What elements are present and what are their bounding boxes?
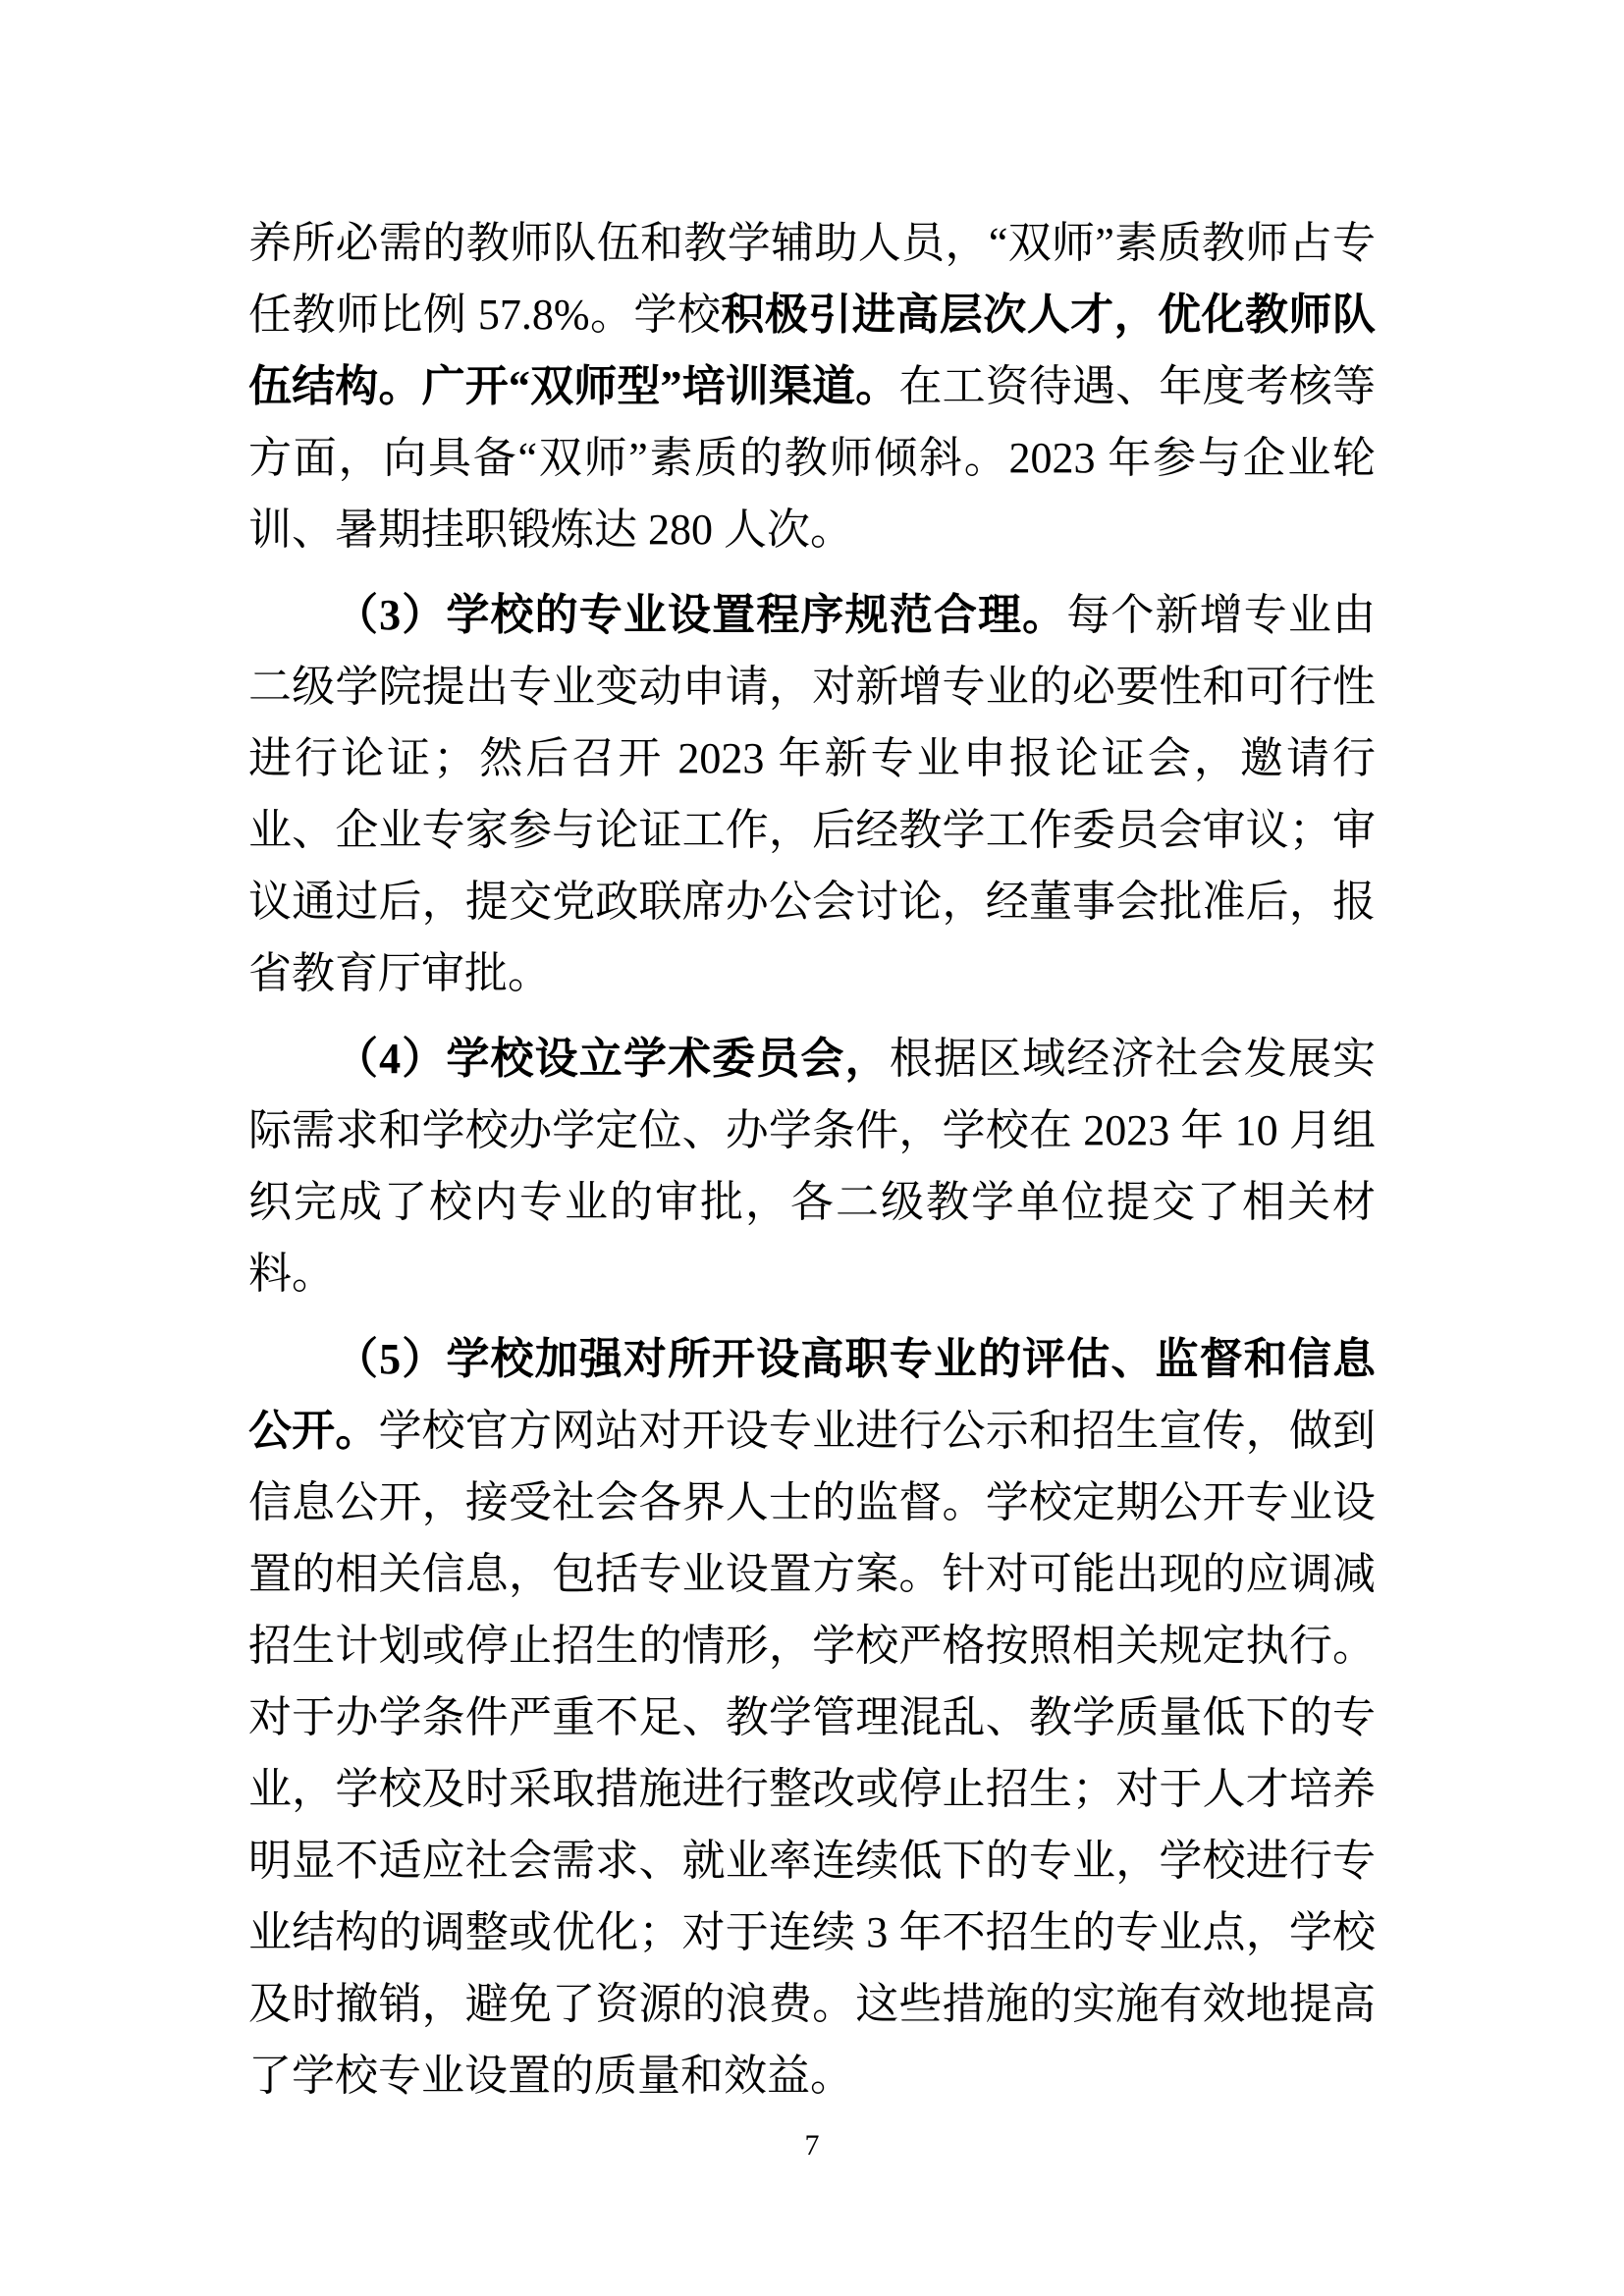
text-segment: 学校官方网站对开设专业进行公示和招生宣传，做到信息公开，接受社会各界人士的监督。… — [248, 1407, 1376, 2100]
page-number: 7 — [0, 2128, 1624, 2163]
paragraph: （5）学校加强对所开设高职专业的评估、监督和信息公开。学校官方网站对开设专业进行… — [248, 1323, 1376, 2111]
paragraph: （3）学校的专业设置程序规范合理。每个新增专业由二级学院提出专业变动申请，对新增… — [248, 579, 1376, 1009]
paragraph: 养所必需的教师队伍和教学辅助人员，“双师”素质教师占专任教师比例 57.8%。学… — [248, 207, 1376, 565]
document-page: 养所必需的教师队伍和教学辅助人员，“双师”素质教师占专任教师比例 57.8%。学… — [0, 0, 1624, 2296]
bold-text-segment: （3）学校的专业设置程序规范合理。 — [335, 591, 1066, 639]
document-body: 养所必需的教师队伍和教学辅助人员，“双师”素质教师占专任教师比例 57.8%。学… — [248, 207, 1376, 2125]
text-segment: 每个新增专业由二级学院提出专业变动申请，对新增专业的必要性和可行性进行论证；然后… — [248, 591, 1376, 997]
bold-text-segment: （4）学校设立学术委员会， — [335, 1035, 890, 1083]
paragraph: （4）学校设立学术委员会，根据区域经济社会发展实际需求和学校办学定位、办学条件，… — [248, 1023, 1376, 1309]
